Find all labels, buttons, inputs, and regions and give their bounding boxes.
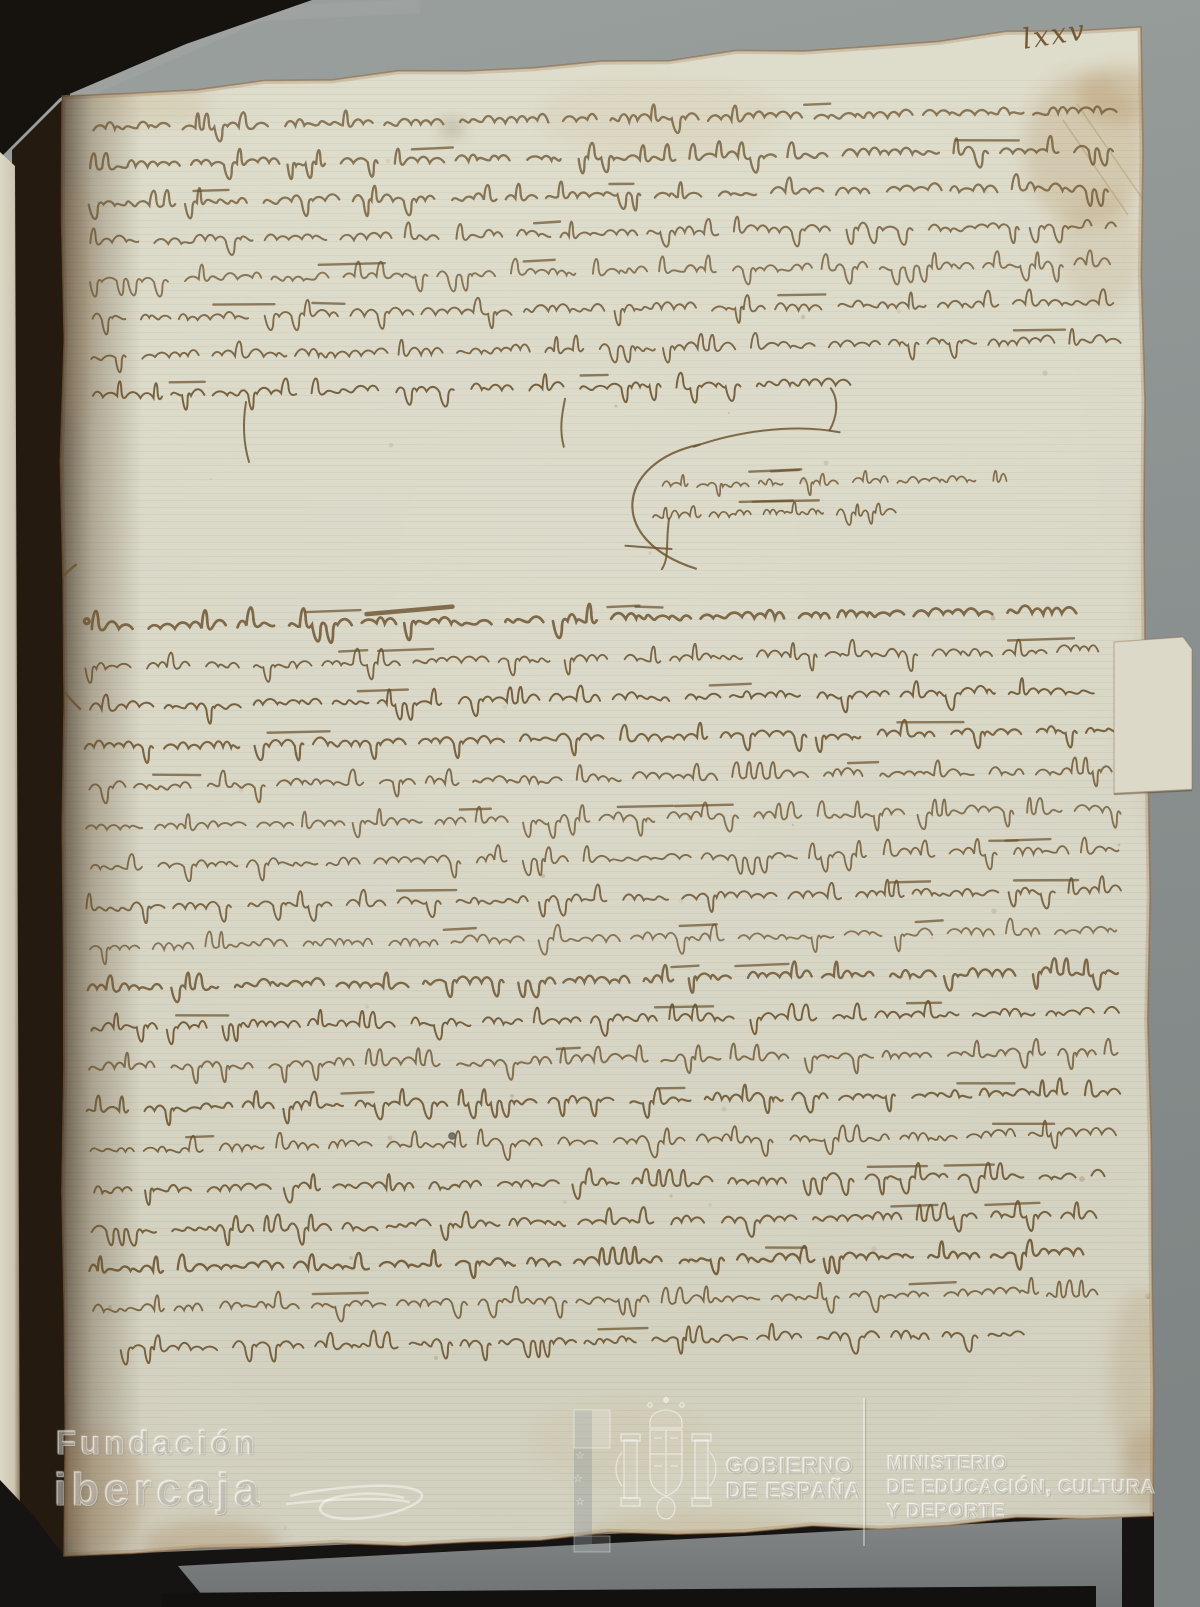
abbreviation-macron	[897, 721, 963, 723]
abbreviation-macron	[598, 1328, 647, 1329]
abbreviation-macron	[778, 294, 825, 295]
abbreviation-macron	[680, 924, 717, 926]
abbreviation-macron	[609, 184, 633, 185]
abbreviation-macron	[213, 304, 274, 306]
abbreviation-macron	[956, 139, 1019, 141]
manuscript-photo: lxxv Fundación ibercaja ☆☆☆	[0, 0, 1200, 1607]
abbreviation-macron	[868, 1166, 927, 1167]
abbreviation-macron	[907, 1003, 941, 1004]
ministry-watermark: MINISTERIO DE EDUCACIÓN, CULTURA Y DEPOR…	[887, 1452, 1156, 1524]
ibercaja-swirl-icon	[282, 1452, 432, 1536]
manuscript-page	[0, 0, 1200, 1607]
abbreviation-macron	[312, 302, 344, 304]
abbreviation-macron	[989, 840, 1017, 841]
abbreviation-macron	[557, 1048, 580, 1049]
abbreviation-macron	[176, 1014, 228, 1016]
abbreviation-macron	[170, 382, 205, 383]
abbreviation-macron	[618, 806, 673, 807]
svg-text:☆: ☆	[573, 1472, 583, 1485]
paper-hole	[449, 1133, 456, 1140]
spain-coat-of-arms-icon	[610, 1392, 722, 1538]
abbreviation-macron	[671, 966, 698, 967]
abbreviation-macron	[534, 222, 560, 224]
abbreviation-macron	[957, 1082, 1014, 1084]
abbreviation-macron	[186, 1136, 213, 1137]
ibercaja-watermark-line2: ibercaja	[54, 1464, 264, 1516]
gobierno-watermark: GOBIERNO DE ESPAÑA	[726, 1453, 862, 1503]
abbreviation-macron	[581, 375, 608, 376]
abbreviation-macron	[993, 1123, 1054, 1125]
ministry-line2: DE EDUCACIÓN, CULTURA	[887, 1476, 1156, 1500]
gobierno-line2: DE ESPAÑA	[726, 1478, 862, 1503]
abbreviation-macron	[267, 731, 329, 732]
abbreviation-macron	[753, 500, 819, 501]
abbreviation-macron	[339, 650, 367, 651]
ibercaja-watermark-line1: Fundación	[56, 1424, 259, 1462]
abbreviation-macron	[804, 104, 830, 105]
abbreviation-macron	[891, 1205, 937, 1207]
abbreviation-macron	[945, 1165, 994, 1166]
ministry-divider	[863, 1398, 865, 1546]
abbreviation-macron	[153, 774, 200, 776]
abbreviation-macron	[655, 1006, 713, 1007]
abbreviation-macron	[766, 1247, 806, 1248]
svg-text:☆: ☆	[575, 1495, 585, 1508]
abbreviation-macron	[1014, 329, 1065, 330]
abbreviation-macron	[194, 190, 229, 191]
abbreviation-macron	[848, 762, 878, 763]
abbreviation-macron	[771, 470, 799, 471]
abbreviation-macron	[916, 920, 943, 922]
abbreviation-macron	[659, 1088, 684, 1089]
manuscript-scan-canvas	[0, 0, 1200, 1607]
abbreviation-macron	[1014, 879, 1078, 881]
svg-text:☆: ☆	[575, 1449, 585, 1462]
gobierno-line1: GOBIERNO	[726, 1453, 862, 1478]
ministry-line1: MINISTERIO	[887, 1452, 1156, 1476]
abbreviation-macron	[341, 1092, 373, 1093]
abbreviation-macron	[890, 881, 930, 882]
abbreviation-macron	[710, 684, 751, 686]
abbreviation-macron	[319, 263, 385, 265]
abbreviation-macron	[524, 260, 555, 262]
eu-flag-icon: ☆☆☆	[566, 1406, 616, 1556]
abbreviation-macron	[397, 890, 456, 891]
ministry-line3: Y DEPORTE	[887, 1500, 1156, 1524]
abbreviation-macron	[313, 1293, 368, 1294]
abbreviation-macron	[607, 606, 639, 607]
abbreviation-macron	[675, 805, 733, 806]
abbreviation-macron	[460, 809, 491, 810]
attached-paper-slip	[1114, 637, 1192, 794]
